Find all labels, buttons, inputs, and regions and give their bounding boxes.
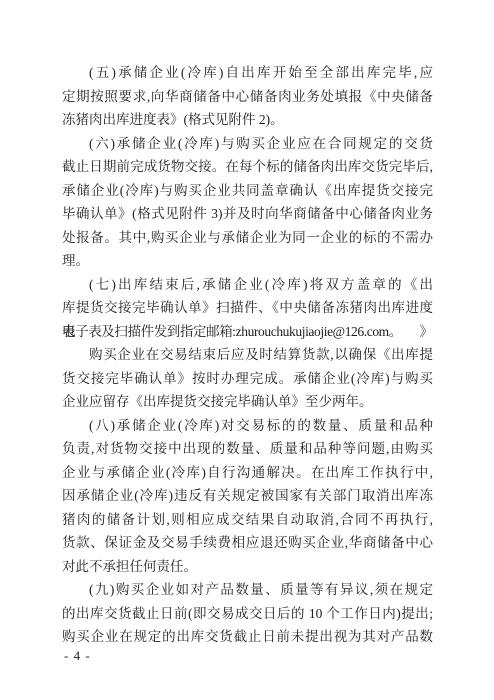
text-line: 企业与承储企业(冷库)自行沟通解决。在出库工作执行中, <box>62 461 433 485</box>
text-line: 购买企业在规定的出库交货截止日前未提出视为其对产品数 <box>62 625 433 649</box>
text-line: (八)承储企业(冷库)对交易标的的数量、质量和品种 <box>62 414 433 438</box>
text-line: 货款、保证金及交易手续费相应退还购买企业,华商储备中心 <box>62 531 433 555</box>
text-line: (七)出库结束后,承储企业(冷库)将双方盖章的《出 <box>62 273 433 297</box>
text-line: 承储企业(冷库)与购买企业共同盖章确认《出库提货交接完 <box>62 179 433 203</box>
paragraph: (六)承储企业(冷库)与购买企业应在合同规定的交货截止日期前完成货物交接。在每个… <box>62 132 433 273</box>
text-line: 定期按照要求,向华商储备中心储备肉业务处填报《中央储备 <box>62 85 433 109</box>
text-line: 货交接完毕确认单》按时办理完成。承储企业(冷库)与购买 <box>62 367 433 391</box>
paragraph: (七)出库结束后,承储企业(冷库)将双方盖章的《出库提货交接完毕确认单》扫描件、… <box>62 273 433 344</box>
text-line: 电子表及扫描件发到指定邮箱:zhurouchukujiaojie@126.com… <box>62 320 433 344</box>
document-page: (五)承储企业(冷库)自出库开始至全部出库完毕,应定期按照要求,向华商储备中心储… <box>0 0 494 700</box>
text-line: 负责,对货物交接中出现的数量、质量和品种等问题,由购买 <box>62 437 433 461</box>
text-line: 库提货交接完毕确认单》扫描件、《中央储备冻猪肉出库进度表》 <box>62 296 433 320</box>
document-body: (五)承储企业(冷库)自出库开始至全部出库完毕,应定期按照要求,向华商储备中心储… <box>62 61 433 649</box>
text-line: 冻猪肉出库进度表》(格式见附件 2)。 <box>62 108 433 132</box>
paragraph: (五)承储企业(冷库)自出库开始至全部出库完毕,应定期按照要求,向华商储备中心储… <box>62 61 433 132</box>
text-line: 理。 <box>62 249 433 273</box>
text-line: (五)承储企业(冷库)自出库开始至全部出库完毕,应 <box>62 61 433 85</box>
text-line: 截止日期前完成货物交接。在每个标的储备肉出库交货完毕后, <box>62 155 433 179</box>
paragraph: 购买企业在交易结束后应及时结算货款,以确保《出库提货交接完毕确认单》按时办理完成… <box>62 343 433 414</box>
text-line: 企业应留存《出库提货交接完毕确认单》至少两年。 <box>62 390 433 414</box>
text-line: 购买企业在交易结束后应及时结算货款,以确保《出库提 <box>62 343 433 367</box>
text-line: 的出库交货截止日前(即交易成交日后的 10 个工作日内)提出; <box>62 602 433 626</box>
paragraph: (八)承储企业(冷库)对交易标的的数量、质量和品种负责,对货物交接中出现的数量、… <box>62 414 433 579</box>
text-line: 因承储企业(冷库)违反有关规定被国家有关部门取消出库冻 <box>62 484 433 508</box>
text-line: 处报备。其中,购买企业与承储企业为同一企业的标的不需办 <box>62 226 433 250</box>
text-line: (六)承储企业(冷库)与购买企业应在合同规定的交货 <box>62 132 433 156</box>
text-line: (九)购买企业如对产品数量、质量等有异议,须在规定 <box>62 578 433 602</box>
text-line: 对此不承担任何责任。 <box>62 555 433 579</box>
paragraph: (九)购买企业如对产品数量、质量等有异议,须在规定的出库交货截止日前(即交易成交… <box>62 578 433 649</box>
text-line: 猪肉的储备计划,则相应成交结果自动取消,合同不再执行, <box>62 508 433 532</box>
page-number: - 4 - <box>64 647 91 665</box>
text-line: 毕确认单》(格式见附件 3)并及时向华商储备中心储备肉业务 <box>62 202 433 226</box>
